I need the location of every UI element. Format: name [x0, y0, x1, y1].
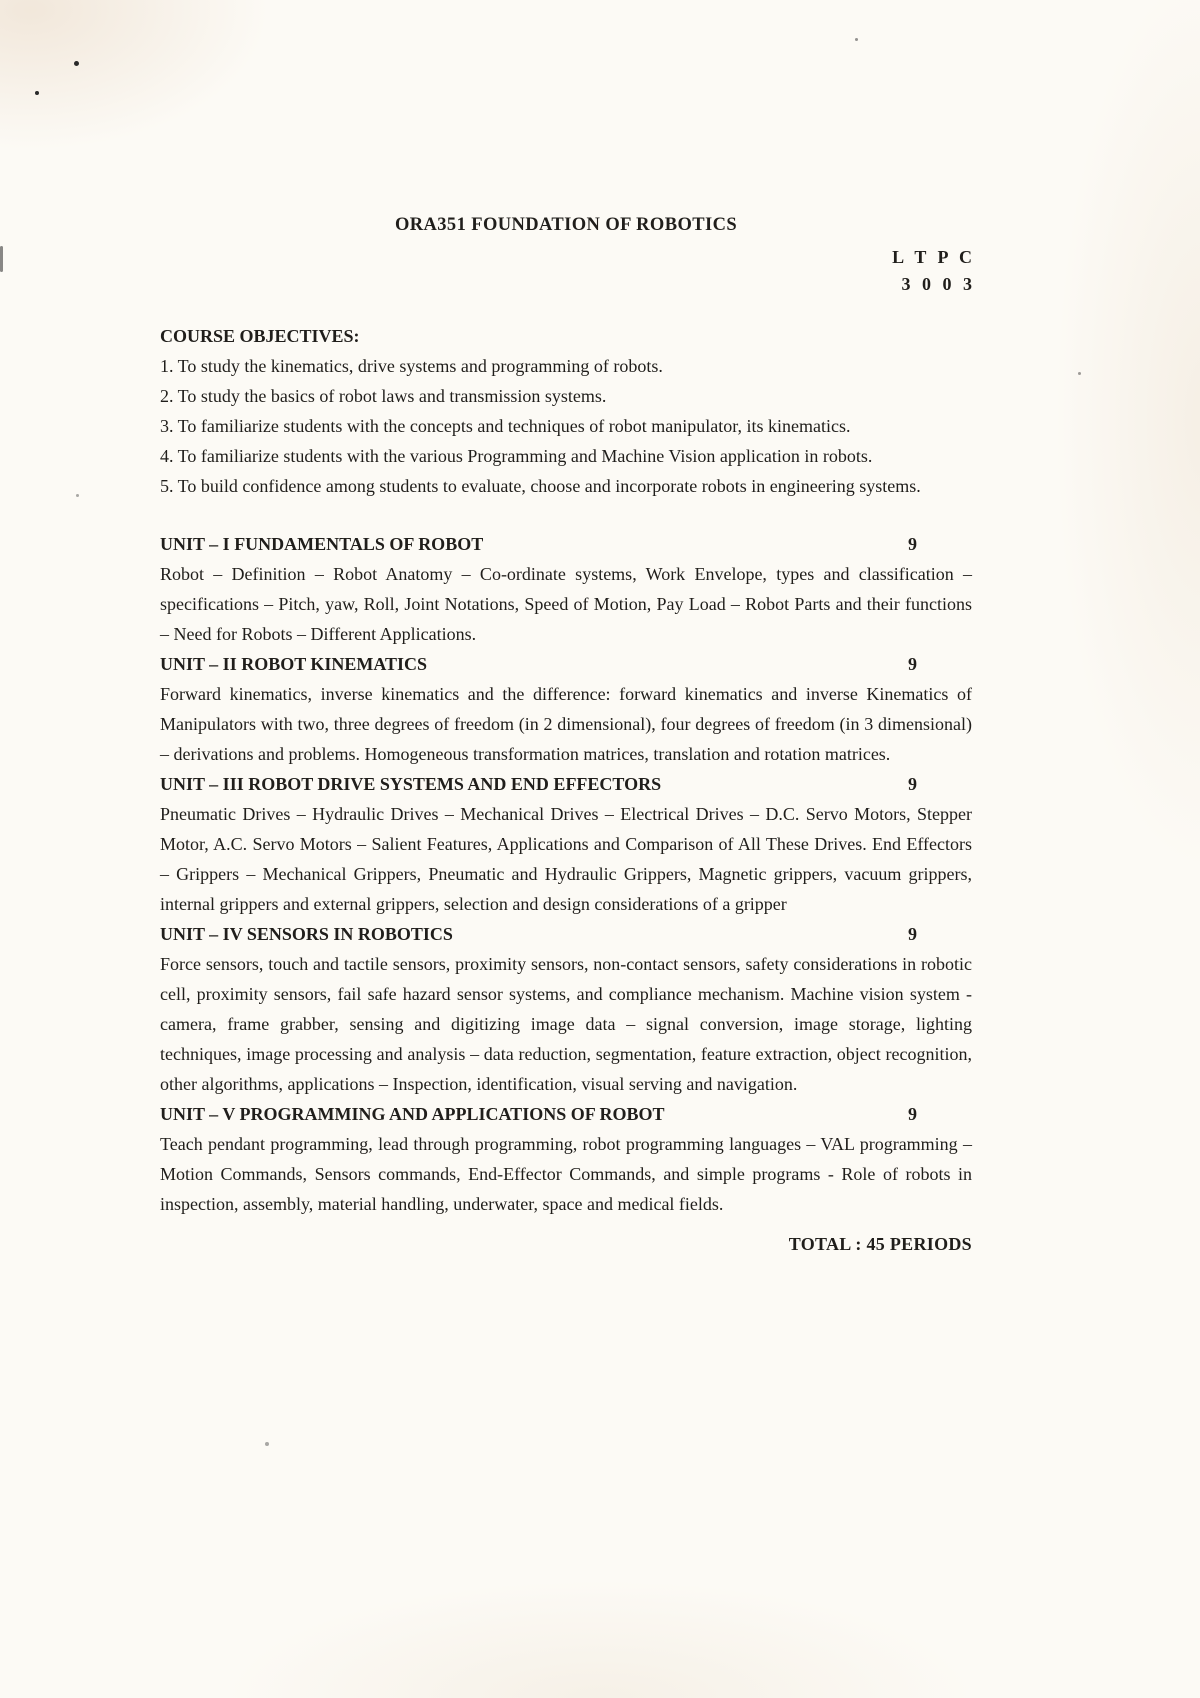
unit-1-body: Robot – Definition – Robot Anatomy – Co-… [160, 559, 972, 649]
unit-5-title: UNIT – V PROGRAMMING AND APPLICATIONS OF… [160, 1099, 908, 1129]
unit-3-header: UNIT – III ROBOT DRIVE SYSTEMS AND END E… [160, 769, 972, 799]
unit-4-title: UNIT – IV SENSORS IN ROBOTICS [160, 919, 908, 949]
course-title: ORA351 FOUNDATION OF ROBOTICS [160, 210, 972, 240]
unit-2-title: UNIT – II ROBOT KINEMATICS [160, 649, 908, 679]
units-section: UNIT – I FUNDAMENTALS OF ROBOT 9 Robot –… [160, 529, 972, 1219]
scan-speckle [1078, 372, 1081, 375]
objective-item-3: 3. To familiarize students with the conc… [160, 411, 972, 441]
unit-4-body: Force sensors, touch and tactile sensors… [160, 949, 972, 1099]
unit-2-periods: 9 [908, 649, 972, 679]
credits-block: L T P C 3 0 0 3 [160, 244, 972, 298]
total-periods: TOTAL : 45 PERIODS [160, 1229, 972, 1259]
unit-5-body: Teach pendant programming, lead through … [160, 1129, 972, 1219]
objective-item-1: 1. To study the kinematics, drive system… [160, 351, 972, 381]
objectives-heading: COURSE OBJECTIVES: [160, 321, 972, 351]
objective-item-4: 4. To familiarize students with the vari… [160, 441, 972, 471]
credits-header: L T P C [160, 244, 972, 271]
document-page: ORA351 FOUNDATION OF ROBOTICS L T P C 3 … [0, 0, 1200, 1698]
unit-4-header: UNIT – IV SENSORS IN ROBOTICS 9 [160, 919, 972, 949]
scan-speckle [35, 91, 39, 95]
credits-values: 3 0 0 3 [160, 271, 972, 298]
objective-item-2: 2. To study the basics of robot laws and… [160, 381, 972, 411]
scan-speckle [76, 494, 79, 497]
unit-3-body: Pneumatic Drives – Hydraulic Drives – Me… [160, 799, 972, 919]
unit-1-title: UNIT – I FUNDAMENTALS OF ROBOT [160, 529, 908, 559]
unit-1-header: UNIT – I FUNDAMENTALS OF ROBOT 9 [160, 529, 972, 559]
objective-item-5: 5. To build confidence among students to… [160, 471, 972, 501]
unit-3-periods: 9 [908, 769, 972, 799]
unit-2-header: UNIT – II ROBOT KINEMATICS 9 [160, 649, 972, 679]
unit-4-periods: 9 [908, 919, 972, 949]
unit-1-periods: 9 [908, 529, 972, 559]
scan-edge-mark [0, 246, 3, 272]
unit-3-title: UNIT – III ROBOT DRIVE SYSTEMS AND END E… [160, 769, 908, 799]
syllabus-content: ORA351 FOUNDATION OF ROBOTICS L T P C 3 … [160, 210, 972, 1259]
unit-5-periods: 9 [908, 1099, 972, 1129]
unit-2-body: Forward kinematics, inverse kinematics a… [160, 679, 972, 769]
scan-speckle [74, 61, 79, 66]
unit-5-header: UNIT – V PROGRAMMING AND APPLICATIONS OF… [160, 1099, 972, 1129]
scan-speckle [855, 38, 858, 41]
scan-speckle [265, 1442, 269, 1446]
